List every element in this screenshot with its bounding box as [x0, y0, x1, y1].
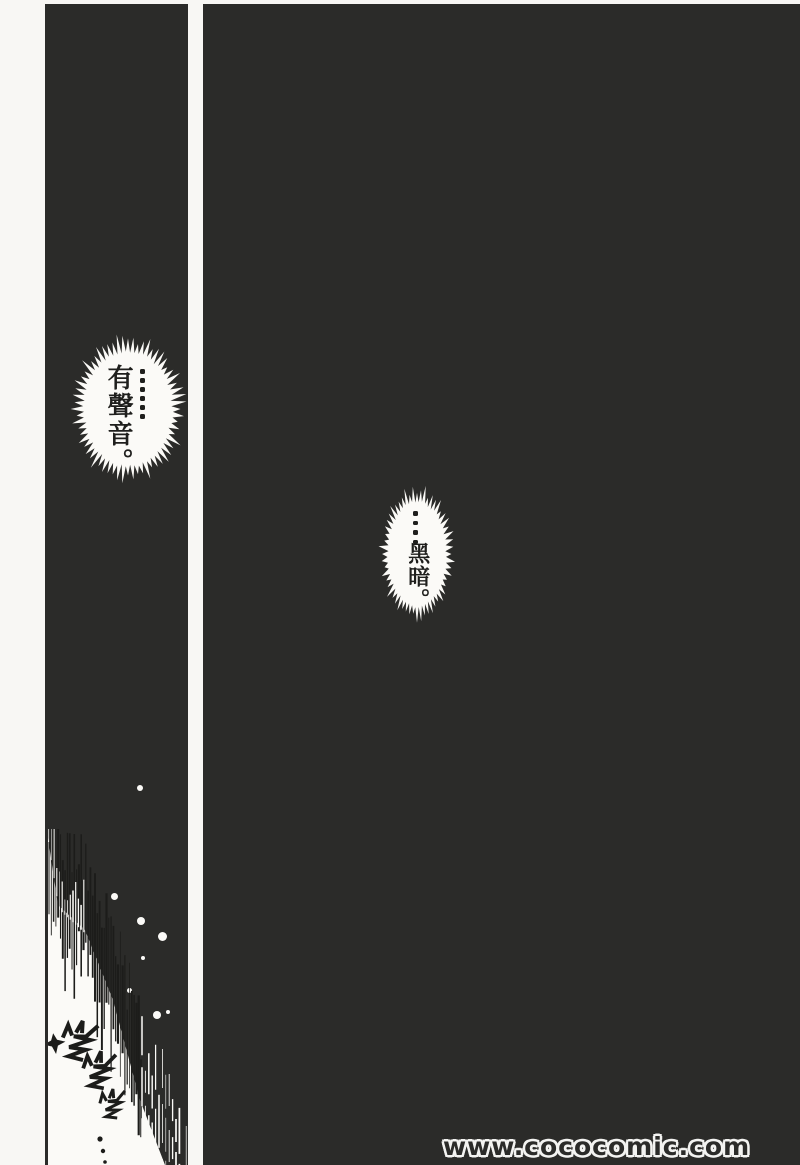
ellipsis-dot	[140, 387, 145, 392]
speck	[137, 785, 143, 791]
ellipsis-dot	[140, 369, 145, 374]
manga-page: 有聲音。 黑暗。 www.cococomic.com	[0, 0, 800, 1165]
ellipsis-dot	[413, 530, 418, 535]
watermark: www.cococomic.com	[443, 1132, 750, 1161]
ellipsis-dots	[413, 511, 418, 544]
panel-dark-left: 有聲音。	[45, 4, 188, 1165]
ellipsis-dot	[140, 414, 145, 419]
ellipsis-dot	[140, 378, 145, 383]
panel-dark-right: 黑暗。 www.cococomic.com	[203, 4, 800, 1165]
ellipsis-dots	[140, 369, 145, 419]
bubble-text-left: 有聲音。	[104, 364, 132, 476]
ellipsis-dot	[413, 511, 418, 516]
speedline-burst	[48, 829, 188, 1165]
ellipsis-dot	[413, 521, 418, 526]
speech-bubble-left: 有聲音。	[58, 324, 188, 494]
speech-bubble-right: 黑暗。	[362, 479, 472, 629]
ellipsis-dot	[140, 405, 145, 410]
bubble-text-right: 黑暗。	[405, 542, 429, 611]
ellipsis-dot	[140, 396, 145, 401]
